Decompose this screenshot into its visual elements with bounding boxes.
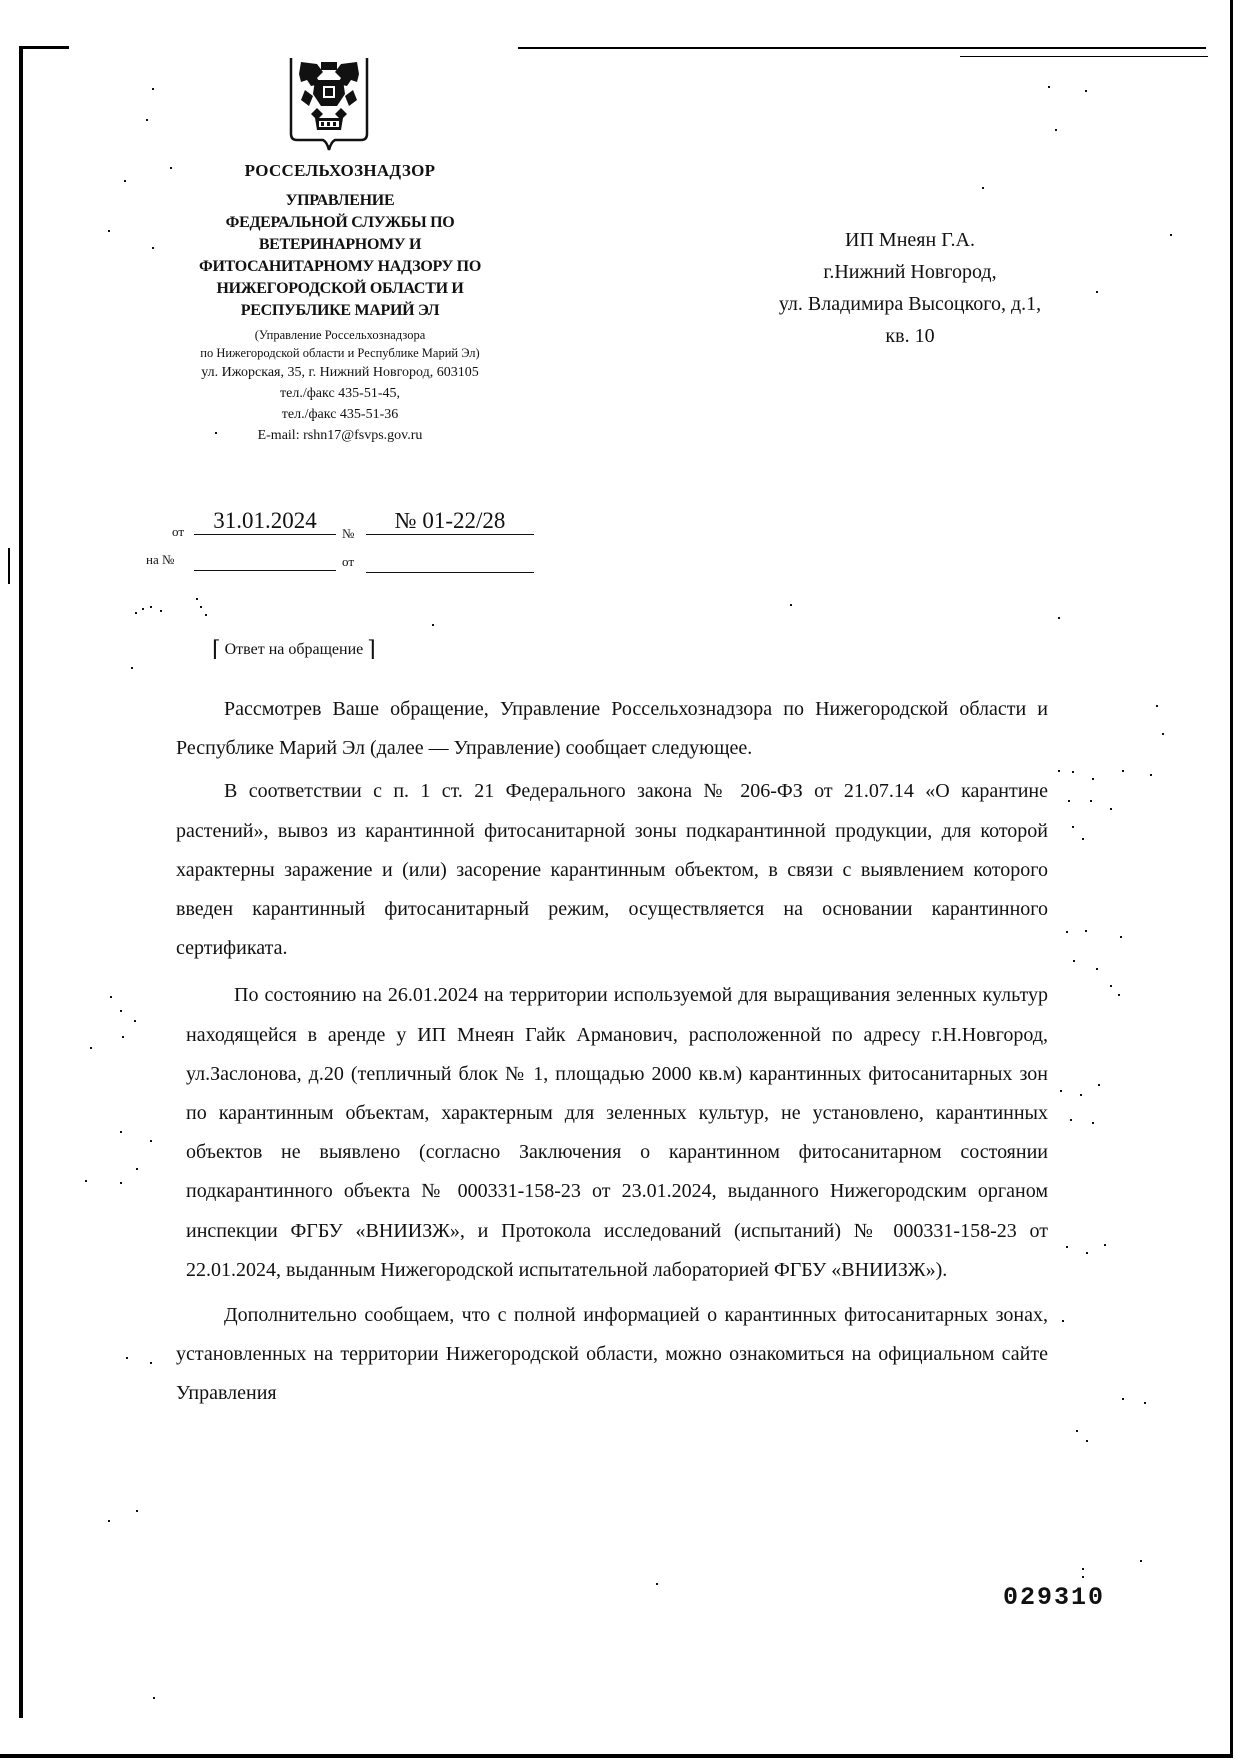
page-border-bottom [0, 1754, 1232, 1758]
letter-body: Рассмотрев Ваше обращение, Управление Ро… [176, 690, 1048, 1414]
sender-phone: тел./факс 435-51-36 [120, 404, 560, 425]
abbreviation-line: по Нижегородской области и Республике Ма… [120, 344, 560, 362]
number-label: № [342, 526, 354, 542]
sender-address: ул. Ижорская, 35, г. Нижний Новгород, 60… [120, 362, 560, 383]
page-border-top-secondary [960, 56, 1208, 57]
page-border-top-left-corner [19, 46, 69, 49]
recipient-street: ул. Владимира Высоцкого, д.1, [700, 288, 1120, 320]
department-line: ФЕДЕРАЛЬНОЙ СЛУЖБЫ ПО [120, 212, 560, 234]
reply-from-date [366, 556, 534, 573]
subject-text: Ответ на обращение [225, 641, 364, 658]
subject-close-bracket: ⌉ [367, 636, 376, 661]
reply-from-label: от [342, 554, 354, 570]
subject-line: ⌈ Ответ на обращение ⌉ [212, 636, 376, 662]
abbreviation-line: (Управление Россельхознадзора [120, 326, 560, 344]
sender-phone: тел./факс 435-51-45, [120, 383, 560, 404]
body-paragraph: По состоянию на 26.01.2024 на территории… [176, 976, 1048, 1290]
document-number: № 01-22/28 [366, 508, 534, 535]
date-label: от [172, 524, 184, 540]
recipient-block: ИП Мнеян Г.А. г.Нижний Новгород, ул. Вла… [700, 224, 1120, 352]
body-paragraph: В соответствии с п. 1 ст. 21 Федеральног… [176, 772, 1048, 968]
agency-name: РОССЕЛЬХОЗНАДЗОР [120, 160, 560, 182]
department-line: РЕСПУБЛИКЕ МАРИЙ ЭЛ [120, 300, 560, 322]
department-line: ФИТОСАНИТАРНОМУ НАДЗОРУ ПО [120, 256, 560, 278]
sender-email: E-mail: rshn17@fsvps.gov.ru [120, 425, 560, 446]
department-line: ВЕТЕРИНАРНОМУ И [120, 234, 560, 256]
reply-to-label: на № [146, 552, 174, 568]
page-border-right [1230, 0, 1233, 1758]
page-border-top [518, 47, 1206, 49]
body-paragraph: Дополнительно сообщаем, что с полной инф… [176, 1296, 1048, 1414]
recipient-city: г.Нижний Новгород, [700, 256, 1120, 288]
recipient-name: ИП Мнеян Г.А. [700, 224, 1120, 256]
department-line: НИЖЕГОРОДСКОЙ ОБЛАСТИ И [120, 278, 560, 300]
department-line: УПРАВЛЕНИЕ [120, 190, 560, 212]
scan-mark [8, 548, 10, 584]
russian-coat-of-arms-icon [287, 56, 371, 154]
reply-to-number [194, 554, 336, 571]
body-paragraph: Рассмотрев Ваше обращение, Управление Ро… [176, 690, 1048, 768]
recipient-apartment: кв. 10 [700, 320, 1120, 352]
sender-block: РОССЕЛЬХОЗНАДЗОР УПРАВЛЕНИЕ ФЕДЕРАЛЬНОЙ … [120, 160, 560, 446]
document-date: 31.01.2024 [194, 508, 336, 535]
page-border-left [19, 46, 23, 1718]
subject-open-bracket: ⌈ [212, 636, 221, 661]
document-code: 029310 [1003, 1583, 1105, 1612]
